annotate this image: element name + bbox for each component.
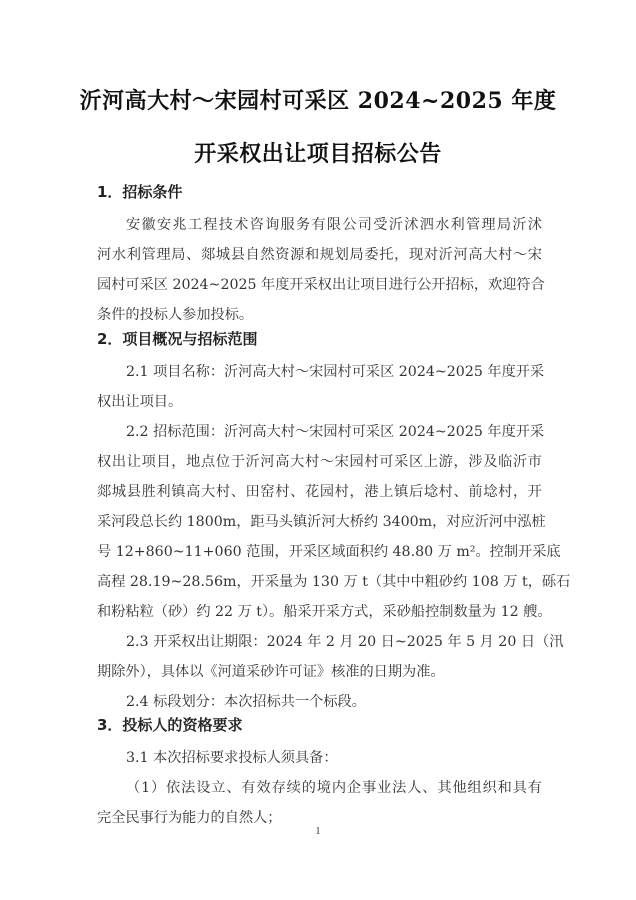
document-page: 沂河高大村～宋园村可采区 2024~2025 年度 开采权出让项目招标公告 1．… <box>0 0 636 900</box>
paragraph-line: 权出让项目。 <box>97 391 542 411</box>
paragraph-line: 采河段总长约 1800m，距马头镇沂河大桥约 3400m，对应沂河中泓桩 <box>97 511 542 531</box>
paragraph-line: 3.1 本次招标要求投标人须具备： <box>126 747 542 767</box>
paragraph-line: 完全民事行为能力的自然人； <box>97 807 542 827</box>
paragraph-line: 高程 28.19~28.56m，开采量为 130 万 t（其中中粗砂约 108 … <box>97 571 542 591</box>
page-number: 1 <box>0 826 636 837</box>
paragraph-line: 权出让项目，地点位于沂河高大村～宋园村可采区上游，涉及临沂市 <box>97 451 542 471</box>
paragraph-line: 河水利管理局、郯城县自然资源和规划局委托，现对沂河高大村～宋 <box>97 244 542 264</box>
document-title-line-1: 沂河高大村～宋园村可采区 2024~2025 年度 <box>0 84 636 115</box>
section-heading-1: 1．招标条件 <box>97 181 182 202</box>
paragraph-line: 郯城县胜利镇高大村、田窑村、花园村，港上镇后埝村、前埝村，开 <box>97 481 542 501</box>
paragraph-line: 2.4 标段划分：本次招标共一个标段。 <box>126 691 542 711</box>
paragraph-line: 安徽安兆工程技术咨询服务有限公司受沂沭泗水利管理局沂沭 <box>126 214 542 234</box>
paragraph-line: 2.2 招标范围：沂河高大村～宋园村可采区 2024~2025 年度开采 <box>126 421 542 441</box>
paragraph-line: 2.3 开采权出让期限：2024 年 2 月 20 日~2025 年 5 月 2… <box>126 631 542 651</box>
paragraph-line: 号 12+860~11+060 范围，开采区域面积约 48.80 万 m²。控制… <box>97 541 542 561</box>
section-heading-3: 3．投标人的资格要求 <box>97 714 242 735</box>
document-title-line-2: 开采权出让项目招标公告 <box>0 137 636 168</box>
section-heading-2: 2．项目概况与招标范围 <box>97 328 257 349</box>
paragraph-line: 和粉粘粒（砂）约 22 万 t）。船采开采方式，采砂船控制数量为 12 艘。 <box>97 601 542 621</box>
paragraph-line: 园村可采区 2024~2025 年度开采权出让项目进行公开招标，欢迎符合 <box>97 274 542 294</box>
paragraph-line: 条件的投标人参加投标。 <box>97 304 542 324</box>
paragraph-line: （1）依法设立、有效存续的境内企事业法人、其他组织和具有 <box>126 777 542 797</box>
paragraph-line: 期除外），具体以《河道采砂许可证》核准的日期为准。 <box>97 661 542 681</box>
paragraph-line: 2.1 项目名称：沂河高大村～宋园村可采区 2024~2025 年度开采 <box>126 361 542 381</box>
